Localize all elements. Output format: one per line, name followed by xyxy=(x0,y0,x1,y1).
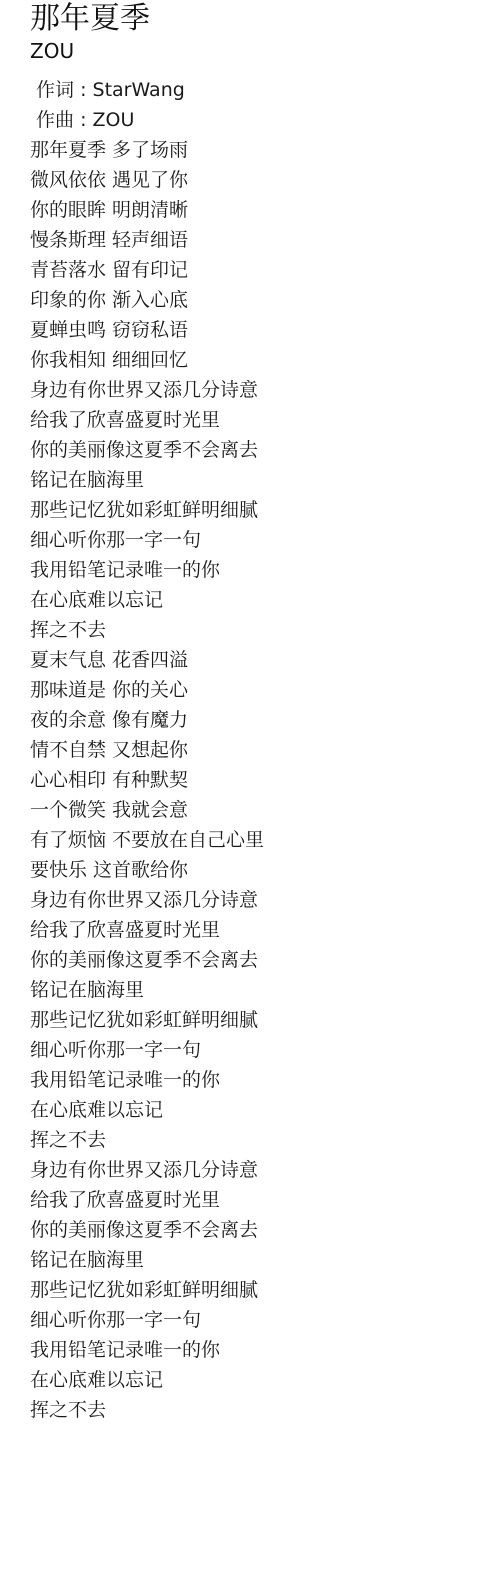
lyric-line: 我用铅笔记录唯一的你 xyxy=(30,555,490,585)
lyric-line: 细心听你那一字一句 xyxy=(30,1305,490,1335)
lyric-line: 给我了欣喜盛夏时光里 xyxy=(30,405,490,435)
lyric-lines: 那年夏季 多了场雨微风依依 遇见了你你的眼眸 明朗清晰慢条斯理 轻声细语青苔落水… xyxy=(30,135,490,1425)
lyric-line: 给我了欣喜盛夏时光里 xyxy=(30,915,490,945)
credit-composer: 作曲 : ZOU xyxy=(30,105,490,135)
lyric-line: 那味道是 你的关心 xyxy=(30,675,490,705)
lyric-line: 我用铅笔记录唯一的你 xyxy=(30,1335,490,1365)
lyric-line: 在心底难以忘记 xyxy=(30,585,490,615)
lyric-line: 慢条斯理 轻声细语 xyxy=(30,225,490,255)
lyric-line: 铭记在脑海里 xyxy=(30,975,490,1005)
lyric-line: 夏蝉虫鸣 窃窃私语 xyxy=(30,315,490,345)
lyric-line: 心心相印 有种默契 xyxy=(30,765,490,795)
lyric-line: 那些记忆犹如彩虹鲜明细腻 xyxy=(30,1275,490,1305)
lyric-line: 夜的余意 像有魔力 xyxy=(30,705,490,735)
song-title: 那年夏季 xyxy=(30,0,490,38)
lyric-line: 在心底难以忘记 xyxy=(30,1365,490,1395)
lyric-line: 铭记在脑海里 xyxy=(30,1245,490,1275)
lyric-line: 要快乐 这首歌给你 xyxy=(30,855,490,885)
lyric-line: 一个微笑 我就会意 xyxy=(30,795,490,825)
lyric-line: 细心听你那一字一句 xyxy=(30,525,490,555)
lyric-line: 挥之不去 xyxy=(30,1395,490,1425)
lyric-line: 在心底难以忘记 xyxy=(30,1095,490,1125)
lyric-line: 那些记忆犹如彩虹鲜明细腻 xyxy=(30,495,490,525)
lyric-line: 我用铅笔记录唯一的你 xyxy=(30,1065,490,1095)
lyric-line: 身边有你世界又添几分诗意 xyxy=(30,1155,490,1185)
lyric-line: 微风依依 遇见了你 xyxy=(30,165,490,195)
lyric-line: 挥之不去 xyxy=(30,1125,490,1155)
lyric-line: 情不自禁 又想起你 xyxy=(30,735,490,765)
lyric-line: 挥之不去 xyxy=(30,615,490,645)
lyric-line: 那些记忆犹如彩虹鲜明细腻 xyxy=(30,1005,490,1035)
lyrics-page: 那年夏季 ZOU 作词 : StarWang 作曲 : ZOU 那年夏季 多了场… xyxy=(30,0,490,1425)
lyric-line: 你的美丽像这夏季不会离去 xyxy=(30,435,490,465)
lyric-line: 有了烦恼 不要放在自己心里 xyxy=(30,825,490,855)
lyric-line: 印象的你 渐入心底 xyxy=(30,285,490,315)
lyric-line: 你的眼眸 明朗清晰 xyxy=(30,195,490,225)
lyric-line: 给我了欣喜盛夏时光里 xyxy=(30,1185,490,1215)
lyric-line: 青苔落水 留有印记 xyxy=(30,255,490,285)
song-artist: ZOU xyxy=(30,38,490,64)
lyric-line: 你的美丽像这夏季不会离去 xyxy=(30,945,490,975)
lyrics-body: 作词 : StarWang 作曲 : ZOU 那年夏季 多了场雨微风依依 遇见了… xyxy=(30,75,490,1425)
lyric-line: 你的美丽像这夏季不会离去 xyxy=(30,1215,490,1245)
lyric-line: 细心听你那一字一句 xyxy=(30,1035,490,1065)
lyric-line: 夏末气息 花香四溢 xyxy=(30,645,490,675)
lyric-line: 你我相知 细细回忆 xyxy=(30,345,490,375)
credit-lyricist: 作词 : StarWang xyxy=(30,75,490,105)
lyric-line: 身边有你世界又添几分诗意 xyxy=(30,885,490,915)
lyric-line: 铭记在脑海里 xyxy=(30,465,490,495)
lyric-line: 身边有你世界又添几分诗意 xyxy=(30,375,490,405)
lyric-line: 那年夏季 多了场雨 xyxy=(30,135,490,165)
